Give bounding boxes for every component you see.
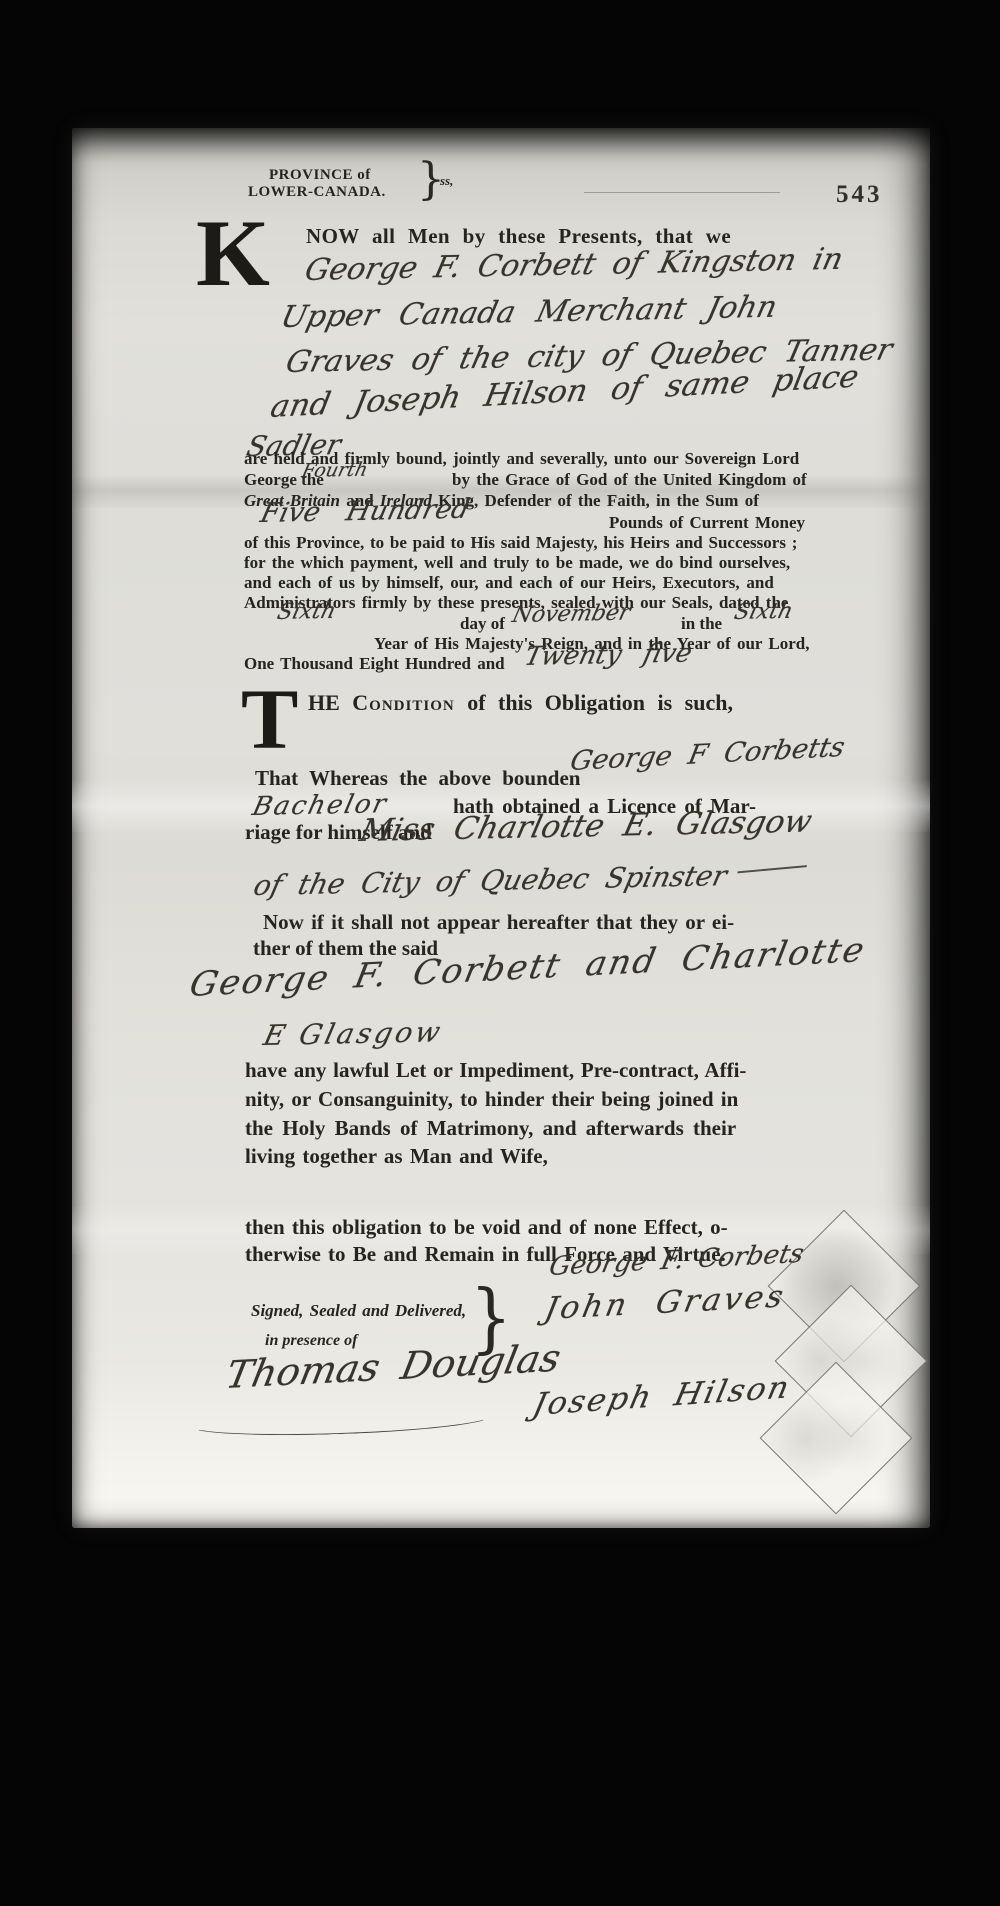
hw-regnal-year: Sixth [732,601,795,624]
attestation-line1: Signed, Sealed and Delivered, [251,1302,466,1319]
bond-in-the: in the [681,615,722,632]
scanned-document-photo: { "document": { "page_number": "543", "h… [0,0,1000,1906]
hw-month: November [510,603,632,627]
signature-flourish-underline [190,1403,493,1440]
condition-heading: HE Condition of this Obligation is such, [308,692,733,714]
province-header-line2: LOWER-CANADA. [248,185,386,200]
bond-day-of: day of [460,615,505,632]
bond-line2-right: by the Grace of God of the United Kingdo… [452,471,807,488]
header-ss-abbrev: ss, [440,174,453,187]
hw-bride-residence: of the City of Quebec Spinster [251,861,808,900]
province-header-line1: PROVINCE of [269,168,371,183]
whereas-line: That Whereas the above bounden [255,768,580,789]
bond-line7: and each of us by himself, our, and each… [244,574,774,591]
document-page: PROVINCE of LOWER-CANADA. } ss, 543 K NO… [72,128,930,1528]
hw-day: Sixth [275,601,338,624]
signature-joseph-hilson: Joseph Hilson [530,1372,794,1421]
scratch-line [584,192,780,193]
opening-line: NOW all Men by these Presents, that we [306,226,731,247]
bond-line5: of this Province, to be paid to His said… [244,534,797,551]
hw-parties-line1: George F. Corbett of Kingston in [302,245,846,286]
bond-line4: Pounds of Current Money [609,514,805,531]
dropcap-T: T [241,686,298,753]
impediment-line3: the Holy Bands of Matrimony, and afterwa… [245,1118,736,1139]
now-if-line: Now if it shall not appear hereafter tha… [263,912,734,933]
impediment-line1: have any lawful Let or Impediment, Pre-c… [245,1060,746,1081]
condition-rest: of this Obligation is such, [467,690,733,715]
impediment-line4: living together as Man and Wife, [245,1146,548,1167]
hw-bride-name: Miss Charlotte E. Glasgow [357,807,815,847]
hw-year-words: Twenty five [522,641,694,670]
signature-john-graves: John Graves [542,1282,789,1325]
hw-sum: Five Hundred [258,496,472,527]
hw-couple-line2: E Glasgow [261,1018,446,1050]
page-number: 543 [836,182,883,207]
condition-he: HE [308,690,340,715]
bond-line3-rest: King, Defender of the Faith, in the Sum … [438,491,759,510]
hw-groom-name: George F Corbetts [568,734,847,775]
void-line1: then this obligation to be void and of n… [245,1217,728,1238]
impediment-line2: nity, or Consanguinity, to hinder their … [245,1089,738,1110]
bond-line6: for the which payment, well and truly to… [244,554,790,571]
hw-parties-line2: Upper Canada Merchant John [278,293,780,333]
hw-king-ordinal: Fourth [300,461,369,481]
condition-word: Condition [352,690,454,715]
bond-line11: One Thousand Eight Hundred and [244,655,505,672]
dropcap-K: K [196,216,270,290]
